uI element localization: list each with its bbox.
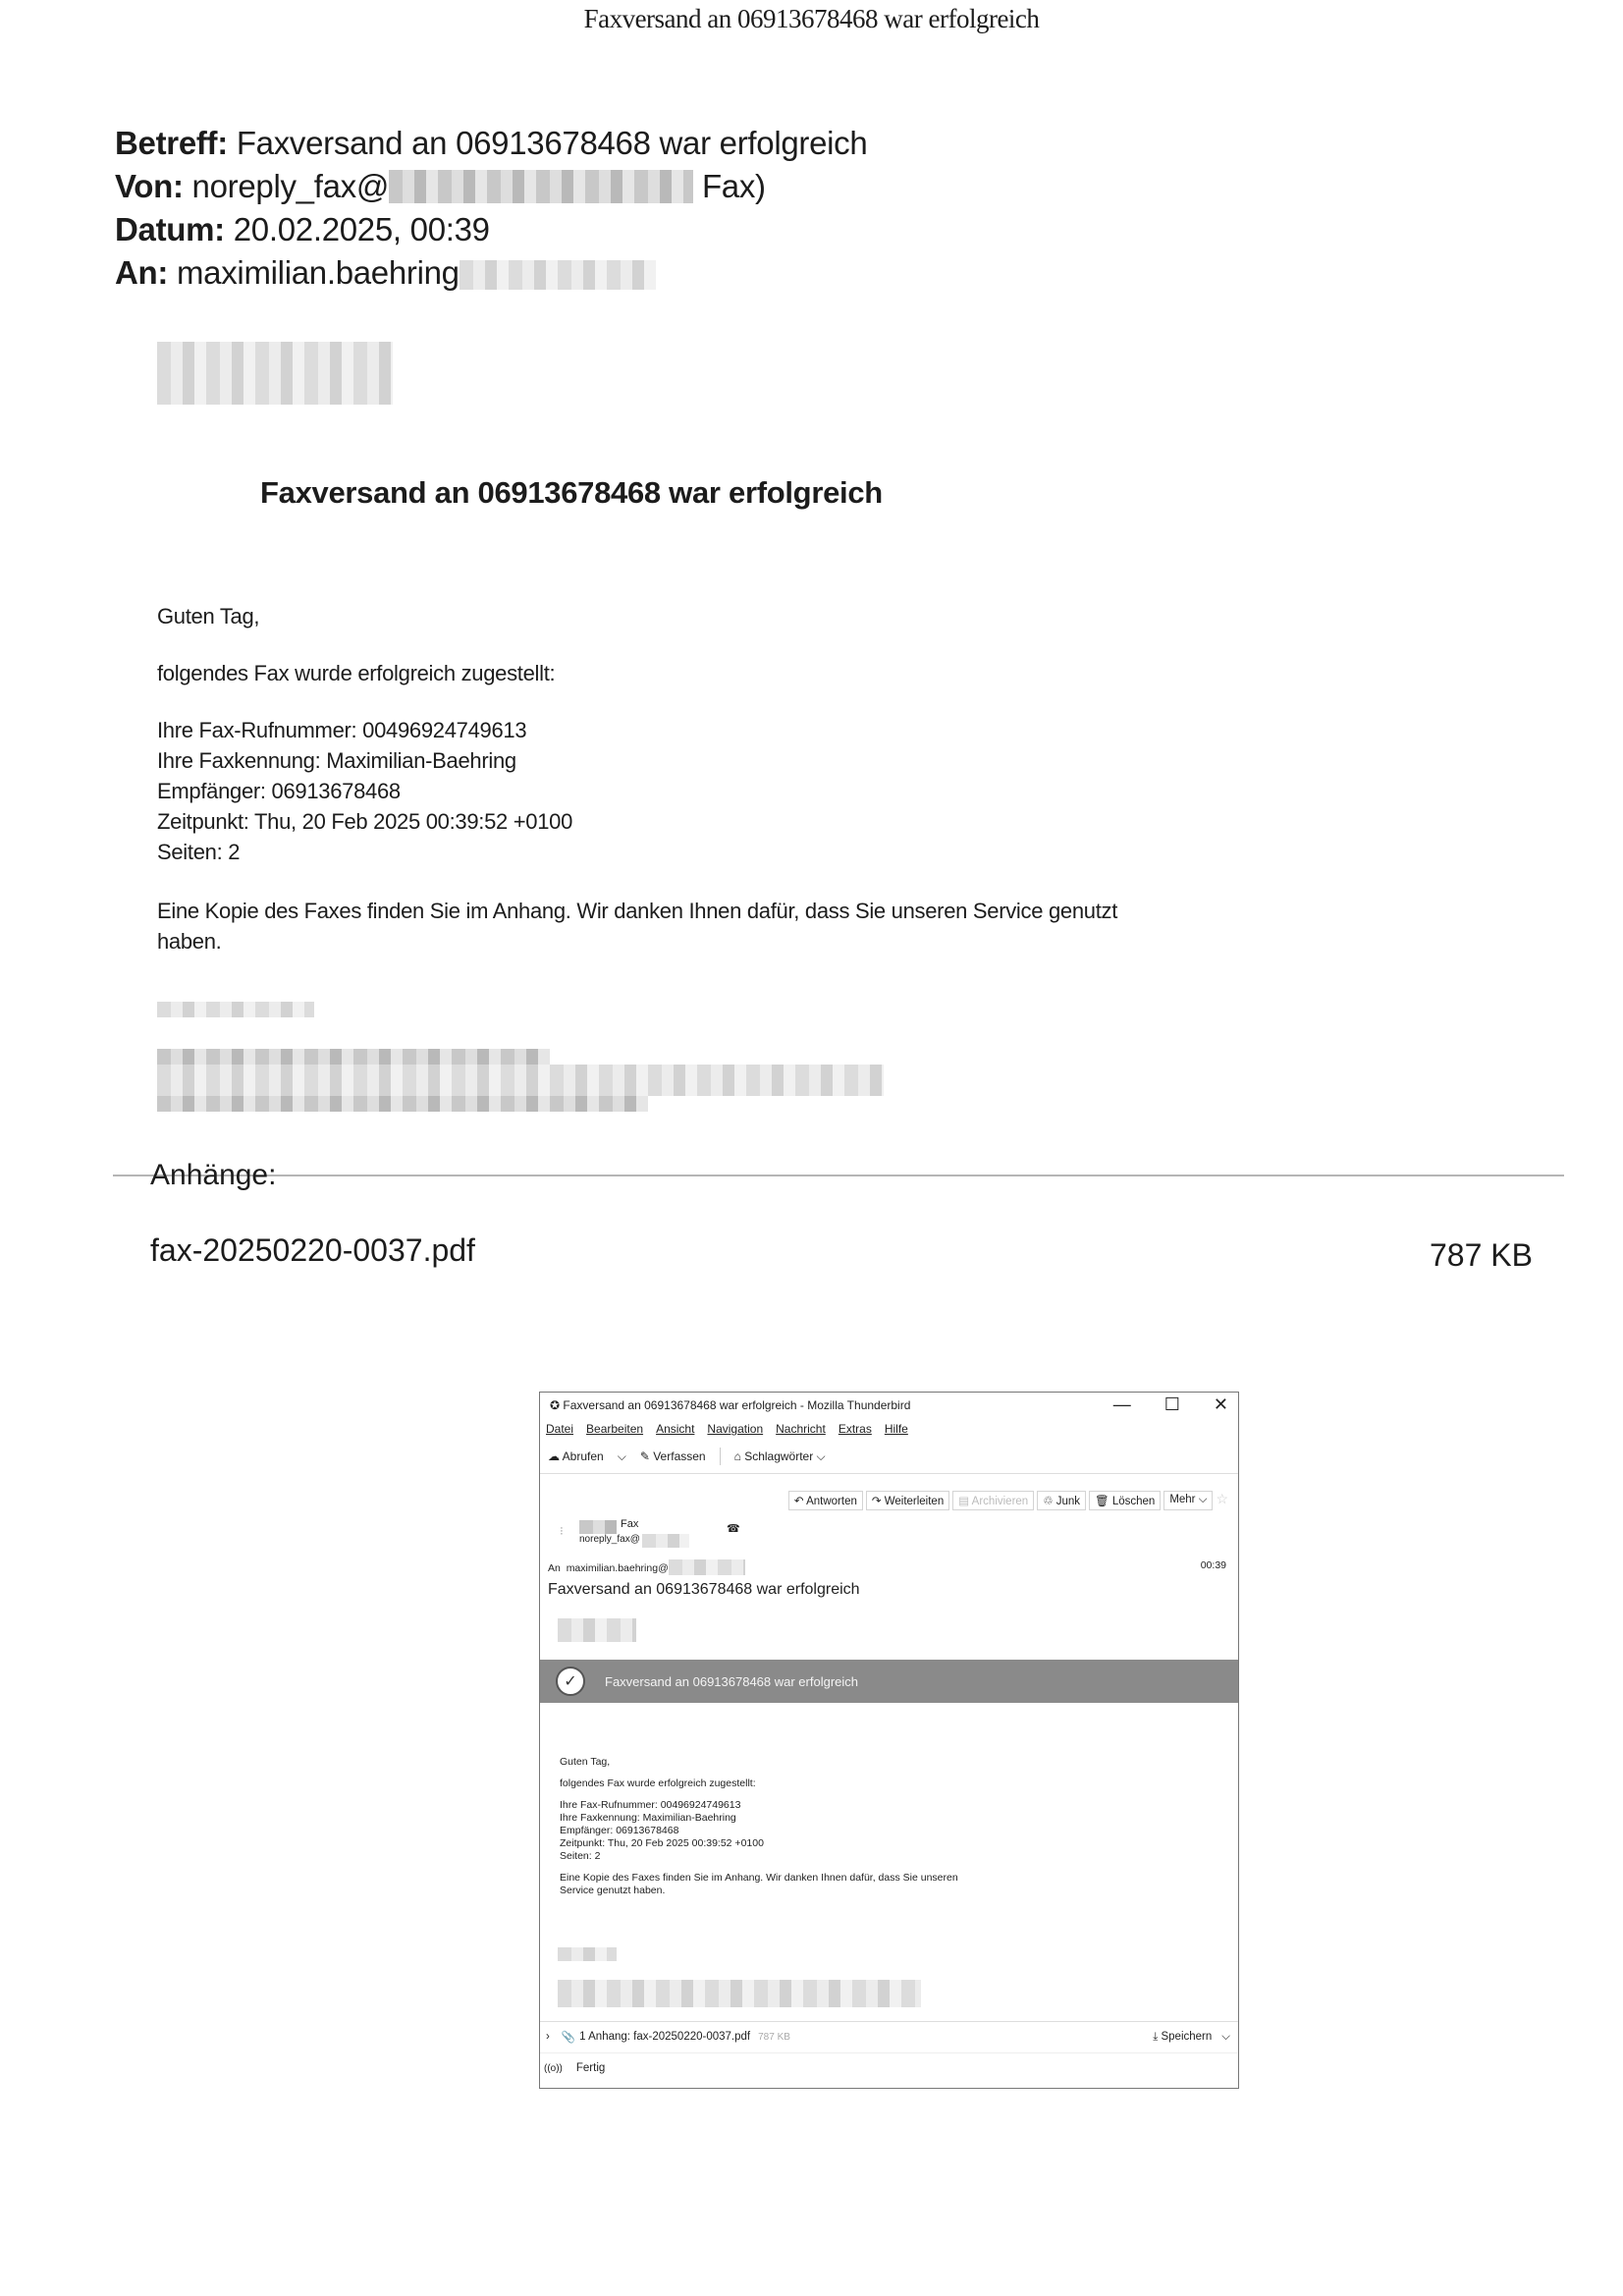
from-suffix: Fax) — [702, 168, 766, 204]
closing-line: Eine Kopie des Faxes finden Sie im Anhan… — [560, 1872, 1238, 1885]
attachment-size: 787 KB — [758, 2032, 790, 2043]
save-dropdown-chevron-icon[interactable]: ⌵ — [1221, 2031, 1230, 2044]
redacted-block — [579, 1520, 617, 1534]
get-mail-dropdown-chevron-icon[interactable]: ⌵ — [618, 1449, 626, 1464]
date-line: Datum: 20.02.2025, 00:39 — [115, 208, 490, 251]
detail-fax-number: Ihre Fax-Rufnummer: 00496924749613 — [157, 715, 572, 745]
avatar: ⁝ — [560, 1524, 564, 1538]
forward-button[interactable]: ↷ Weiterleiten — [866, 1491, 949, 1510]
compose-button[interactable]: ✎ Verfassen — [640, 1449, 706, 1463]
get-mail-label: Abrufen — [563, 1449, 604, 1463]
main-toolbar: ☁ Abrufen ⌵ ✎ Verfassen ⌂ Schlagwörter ⌵ — [548, 1448, 1238, 1465]
redacted-logo — [157, 342, 393, 405]
menu-navigation[interactable]: Navigation — [707, 1422, 763, 1436]
date-label: Datum: — [115, 211, 225, 247]
to-value: maximilian.baehring — [177, 254, 460, 291]
delete-button[interactable]: 🗑 Löschen — [1089, 1491, 1161, 1510]
forward-label: Weiterleiten — [885, 1496, 945, 1507]
attachment-file-size: 787 KB — [1430, 1237, 1533, 1274]
attachment-bar: › 📎 1 Anhang: fax-20250220-0037.pdf 787 … — [540, 2021, 1238, 2051]
greeting: Guten Tag, — [157, 601, 259, 631]
redacted-signature — [157, 1065, 884, 1096]
redacted-block — [460, 260, 656, 290]
thunderbird-window: ✪ Faxversand an 06913678468 war erfolgre… — [539, 1392, 1239, 2089]
print-page-title: Faxversand an 06913678468 war erfolgreic… — [0, 4, 1623, 34]
menu-ansicht[interactable]: Ansicht — [656, 1422, 694, 1436]
archive-label: Archivieren — [972, 1496, 1029, 1507]
menu-bar: Datei Bearbeiten Ansicht Navigation Nach… — [546, 1422, 1238, 1436]
detail-timestamp: Zeitpunkt: Thu, 20 Feb 2025 00:39:52 +01… — [157, 806, 572, 837]
detail-fax-number: Ihre Fax-Rufnummer: 00496924749613 — [560, 1799, 1238, 1812]
reply-icon: ↶ — [794, 1496, 804, 1507]
get-mail-button[interactable]: ☁ Abrufen — [548, 1449, 604, 1463]
redacted-signature — [558, 1980, 921, 2007]
archive-icon: ▤ — [958, 1496, 969, 1507]
close-button[interactable]: ✕ — [1214, 1394, 1228, 1415]
from-line: Von: noreply_fax@ Fax) — [115, 165, 766, 208]
to-label: An: — [115, 254, 168, 291]
reply-button[interactable]: ↶ Antworten — [788, 1491, 863, 1510]
detail-recipient: Empfänger: 06913678468 — [560, 1825, 1238, 1837]
success-banner: ✓ Faxversand an 06913678468 war erfolgre… — [540, 1660, 1238, 1703]
menu-datei[interactable]: Datei — [546, 1422, 573, 1436]
redacted-signature — [157, 1002, 314, 1017]
message-time: 00:39 — [1201, 1559, 1226, 1575]
menu-bearbeiten[interactable]: Bearbeiten — [586, 1422, 643, 1436]
reply-label: Antworten — [806, 1496, 857, 1507]
trash-icon: 🗑 — [1095, 1496, 1109, 1507]
status-bar: ((o)) Fertig — [540, 2052, 1238, 2083]
from-value: noreply_fax@ — [192, 168, 390, 204]
more-button[interactable]: Mehr ⌵ — [1163, 1491, 1213, 1510]
menu-extras[interactable]: Extras — [839, 1422, 872, 1436]
redacted-signature — [157, 1096, 648, 1112]
pencil-icon: ✎ — [640, 1449, 650, 1463]
window-controls: — ☐ ✕ — [1113, 1394, 1228, 1415]
detail-fax-id: Ihre Faxkennung: Maximilian-Baehring — [560, 1812, 1238, 1825]
sender-name[interactable]: Fax — [621, 1518, 638, 1530]
intro-text: folgendes Fax wurde erfolgreich zugestel… — [560, 1777, 1238, 1790]
expand-chevron-icon[interactable]: › — [546, 2031, 550, 2043]
greeting: Guten Tag, — [560, 1756, 1238, 1769]
download-cloud-icon: ☁ — [548, 1449, 560, 1463]
recipient: An maximilian.baehring@ — [548, 1559, 745, 1575]
redacted-block — [389, 170, 693, 203]
star-icon[interactable]: ☆ — [1216, 1491, 1228, 1510]
thunderbird-logo-icon: ✪ — [550, 1398, 560, 1412]
redacted-block — [642, 1534, 689, 1548]
detail-fax-id: Ihre Faxkennung: Maximilian-Baehring — [157, 745, 572, 776]
forward-icon: ↷ — [872, 1496, 882, 1507]
save-button[interactable]: ⤓ Speichern — [1153, 2031, 1212, 2044]
detail-timestamp: Zeitpunkt: Thu, 20 Feb 2025 00:39:52 +01… — [560, 1837, 1238, 1850]
to-label: An — [548, 1562, 561, 1574]
attachment-summary[interactable]: 1 Anhang: fax-20250220-0037.pdf — [579, 2031, 750, 2043]
download-icon: ⤓ — [1153, 2031, 1158, 2043]
subject-value: Faxversand an 06913678468 war erfolgreic… — [237, 125, 868, 161]
detail-pages: Seiten: 2 — [157, 837, 572, 867]
menu-hilfe[interactable]: Hilfe — [885, 1422, 908, 1436]
junk-label: Junk — [1056, 1496, 1080, 1507]
window-title: Faxversand an 06913678468 war erfolgreic… — [563, 1398, 910, 1412]
redacted-block — [669, 1559, 745, 1575]
delete-label: Löschen — [1112, 1496, 1155, 1507]
junk-button[interactable]: ♲ Junk — [1037, 1491, 1086, 1510]
banner-text: Faxversand an 06913678468 war erfolgreic… — [605, 1674, 858, 1689]
closing-text: Eine Kopie des Faxes finden Sie im Anhan… — [560, 1872, 1238, 1897]
fax-details: Ihre Fax-Rufnummer: 00496924749613 Ihre … — [560, 1799, 1238, 1863]
maximize-button[interactable]: ☐ — [1164, 1394, 1180, 1415]
date-value: 20.02.2025, 00:39 — [234, 211, 490, 247]
menu-nachricht[interactable]: Nachricht — [776, 1422, 826, 1436]
subject-line: Betreff: Faxversand an 06913678468 war e… — [115, 122, 867, 165]
tag-icon: ⌂ — [734, 1449, 741, 1463]
message-subject: Faxversand an 06913678468 war erfolgreic… — [548, 1581, 1238, 1599]
archive-button[interactable]: ▤ Archivieren — [952, 1491, 1034, 1510]
fax-details: Ihre Fax-Rufnummer: 00496924749613 Ihre … — [157, 715, 572, 867]
closing-line: haben. — [157, 926, 1117, 957]
save-label: Speichern — [1161, 2031, 1212, 2043]
attachments-label: Anhänge: — [150, 1159, 276, 1192]
status-text: Fertig — [576, 2062, 605, 2074]
paperclip-icon: 📎 — [562, 2030, 575, 2044]
sender-address[interactable]: noreply_fax@ — [579, 1534, 640, 1545]
to-address[interactable]: maximilian.baehring@ — [567, 1562, 669, 1574]
message-heading: Faxversand an 06913678468 war erfolgreic… — [260, 475, 883, 511]
checkmark-icon: ✓ — [556, 1667, 585, 1696]
message-actions: ↶ Antworten ↷ Weiterleiten ▤ Archivieren… — [788, 1491, 1228, 1510]
toolbar-separator — [720, 1448, 721, 1465]
connection-icon: ((o)) — [544, 2063, 563, 2074]
subject-label: Betreff: — [115, 125, 228, 161]
tags-button[interactable]: ⌂ Schlagwörter ⌵ — [734, 1449, 826, 1464]
closing-text: Eine Kopie des Faxes finden Sie im Anhan… — [157, 896, 1117, 957]
detail-pages: Seiten: 2 — [560, 1850, 1238, 1863]
detail-recipient: Empfänger: 06913678468 — [157, 776, 572, 806]
recipient-row: An maximilian.baehring@ 00:39 — [548, 1559, 1226, 1575]
redacted-signature — [157, 1049, 550, 1065]
redacted-signature — [558, 1947, 617, 1961]
attachments-divider — [113, 1175, 1564, 1176]
closing-line: Service genutzt haben. — [560, 1885, 1238, 1897]
redacted-logo — [558, 1618, 636, 1642]
tags-label: Schlagwörter — [744, 1449, 813, 1463]
toolbar-divider — [540, 1473, 1238, 1474]
message-body: Guten Tag, folgendes Fax wurde erfolgrei… — [560, 1756, 1238, 1906]
more-label: Mehr — [1169, 1494, 1195, 1505]
compose-label: Verfassen — [653, 1449, 705, 1463]
junk-icon: ♲ — [1043, 1496, 1053, 1507]
from-label: Von: — [115, 168, 184, 204]
attachment-file-name[interactable]: fax-20250220-0037.pdf — [150, 1232, 475, 1269]
closing-line: Eine Kopie des Faxes finden Sie im Anhan… — [157, 896, 1117, 926]
minimize-button[interactable]: — — [1113, 1394, 1131, 1415]
intro-text: folgendes Fax wurde erfolgreich zugestel… — [157, 658, 555, 688]
contact-icon[interactable]: ☎ — [727, 1522, 740, 1535]
to-line: An: maximilian.baehring — [115, 251, 656, 295]
